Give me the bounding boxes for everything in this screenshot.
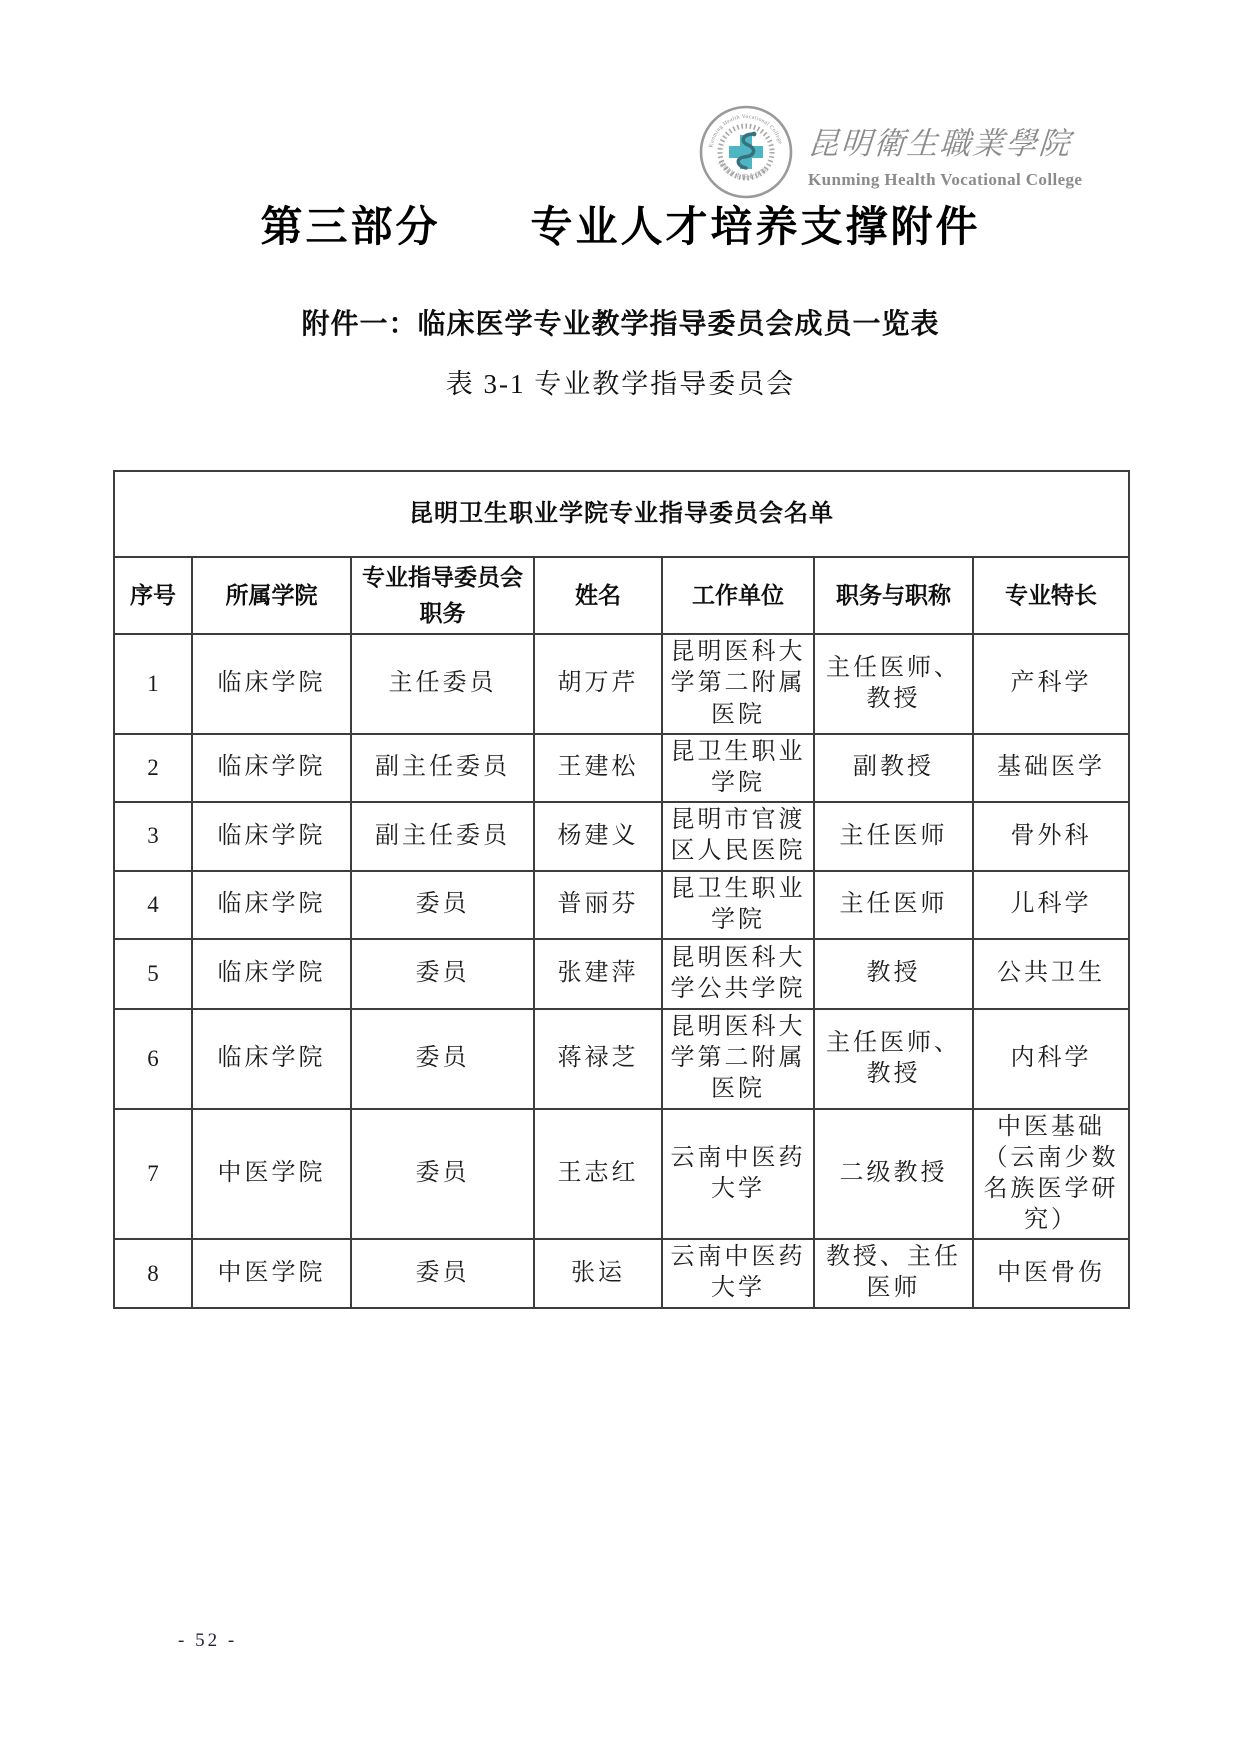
cell-role: 副主任委员 [351,734,534,802]
cell-title: 主任医师、教授 [814,634,973,734]
cell-seq: 7 [114,1109,192,1240]
cell-name: 张运 [534,1239,662,1307]
college-name-english: Kunming Health Vocational College [808,170,1082,190]
cell-specialty: 中医基础（云南少数名族医学研究） [973,1109,1129,1240]
cell-role: 委员 [351,1009,534,1109]
cell-title: 副教授 [814,734,973,802]
college-logo: Kunming Health Vocational College 昆明卫生职业… [698,104,1082,200]
table-title-row: 昆明卫生职业学院专业指导委员会名单 [114,471,1129,557]
cell-college: 临床学院 [192,939,351,1009]
committee-table: 昆明卫生职业学院专业指导委员会名单 序号 所属学院 专业指导委员会 职务 姓名 … [113,470,1130,1309]
cell-specialty: 中医骨伤 [973,1239,1129,1307]
cell-specialty: 产科学 [973,634,1129,734]
table-row: 4 临床学院 委员 普丽芬 昆卫生职业学院 主任医师 儿科学 [114,871,1129,939]
cell-college: 临床学院 [192,734,351,802]
table-row: 1 临床学院 主任委员 胡万芹 昆明医科大学第二附属医院 主任医师、教授 产科学 [114,634,1129,734]
cell-college: 临床学院 [192,1009,351,1109]
column-header-name: 姓名 [534,557,662,634]
table-header-row: 序号 所属学院 专业指导委员会 职务 姓名 工作单位 职务与职称 专业特长 [114,557,1129,634]
college-name-calligraphy: 昆明衛生職業學院 [806,118,1084,163]
cell-name: 王志红 [534,1109,662,1240]
cell-title: 二级教授 [814,1109,973,1240]
cell-title: 教授、主任医师 [814,1239,973,1307]
column-header-specialty: 专业特长 [973,557,1129,634]
column-header-committee-role: 专业指导委员会 职务 [351,557,534,634]
cell-title: 主任医师 [814,871,973,939]
page-number: - 52 - [178,1630,237,1652]
cell-role: 委员 [351,1109,534,1240]
cell-workunit: 昆明市官渡区人民医院 [662,802,814,870]
document-page: Kunming Health Vocational College 昆明卫生职业… [0,0,1241,1754]
cell-workunit: 昆明医科大学第二附属医院 [662,1009,814,1109]
cell-college: 中医学院 [192,1109,351,1240]
section-title: 第三部分 专业人才培养支撑附件 [0,194,1241,254]
cell-name: 张建萍 [534,939,662,1009]
table-row: 2 临床学院 副主任委员 王建松 昆卫生职业学院 副教授 基础医学 [114,734,1129,802]
college-name-block: 昆明衛生職業學院 Kunming Health Vocational Colle… [808,104,1082,190]
cell-workunit: 云南中医药大学 [662,1239,814,1307]
column-header-seq: 序号 [114,557,192,634]
cell-seq: 2 [114,734,192,802]
attachment-title: 附件一：临床医学专业教学指导委员会成员一览表 [0,302,1241,342]
cell-name: 杨建义 [534,802,662,870]
cell-title: 主任医师、教授 [814,1009,973,1109]
column-header-title: 职务与职称 [814,557,973,634]
cell-seq: 1 [114,634,192,734]
cell-name: 蒋禄芝 [534,1009,662,1109]
cell-workunit: 昆明医科大学公共学院 [662,939,814,1009]
cell-seq: 6 [114,1009,192,1109]
column-header-college: 所属学院 [192,557,351,634]
cell-college: 中医学院 [192,1239,351,1307]
table-row: 3 临床学院 副主任委员 杨建义 昆明市官渡区人民医院 主任医师 骨外科 [114,802,1129,870]
cell-specialty: 骨外科 [973,802,1129,870]
cell-workunit: 昆卫生职业学院 [662,871,814,939]
table-row: 7 中医学院 委员 王志红 云南中医药大学 二级教授 中医基础（云南少数名族医学… [114,1109,1129,1240]
cell-role: 委员 [351,939,534,1009]
cell-role: 委员 [351,871,534,939]
column-header-workunit: 工作单位 [662,557,814,634]
table-row: 5 临床学院 委员 张建萍 昆明医科大学公共学院 教授 公共卫生 [114,939,1129,1009]
cell-name: 普丽芬 [534,871,662,939]
cell-role: 主任委员 [351,634,534,734]
college-seal-icon: Kunming Health Vocational College 昆明卫生职业… [698,104,794,200]
cell-specialty: 儿科学 [973,871,1129,939]
cell-title: 教授 [814,939,973,1009]
cell-specialty: 公共卫生 [973,939,1129,1009]
cell-role: 委员 [351,1239,534,1307]
cell-college: 临床学院 [192,871,351,939]
cell-college: 临床学院 [192,634,351,734]
table-caption: 表 3-1 专业教学指导委员会 [0,362,1241,401]
cell-role: 副主任委员 [351,802,534,870]
cell-college: 临床学院 [192,802,351,870]
cell-seq: 3 [114,802,192,870]
cell-specialty: 基础医学 [973,734,1129,802]
cell-specialty: 内科学 [973,1009,1129,1109]
seal-cross-snake-icon [729,132,763,169]
cell-workunit: 云南中医药大学 [662,1109,814,1240]
cell-seq: 8 [114,1239,192,1307]
cell-name: 王建松 [534,734,662,802]
cell-workunit: 昆卫生职业学院 [662,734,814,802]
cell-title: 主任医师 [814,802,973,870]
cell-seq: 5 [114,939,192,1009]
table-title: 昆明卫生职业学院专业指导委员会名单 [114,471,1129,557]
cell-seq: 4 [114,871,192,939]
table-row: 6 临床学院 委员 蒋禄芝 昆明医科大学第二附属医院 主任医师、教授 内科学 [114,1009,1129,1109]
cell-workunit: 昆明医科大学第二附属医院 [662,634,814,734]
table-row: 8 中医学院 委员 张运 云南中医药大学 教授、主任医师 中医骨伤 [114,1239,1129,1307]
cell-name: 胡万芹 [534,634,662,734]
